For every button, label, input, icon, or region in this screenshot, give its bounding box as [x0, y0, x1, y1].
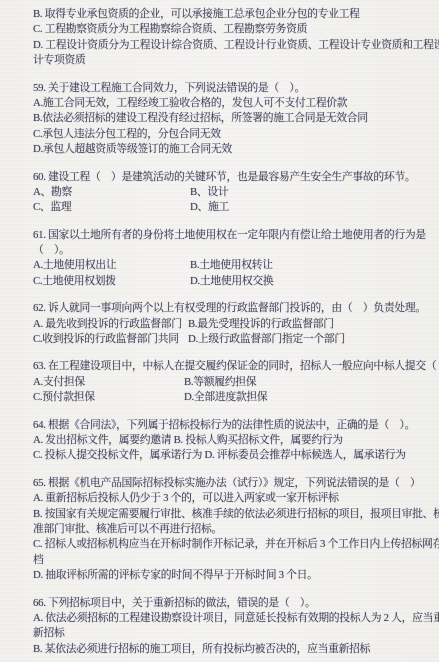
option-row: A.土地使用权出让B.土地使用权转让: [33, 258, 435, 273]
option-row: C.土地使用权划拨D.土地使用权交换: [33, 274, 435, 289]
option-row: A、勘察B、设计: [33, 185, 435, 200]
text-line: B. 按国家有关规定需要履行审批、核准手续的依法必须进行招标的项目，报项目审批、…: [33, 507, 435, 522]
text-line: C. 投标人提交投标文件，属承诺行为 D. 评标委员会推荐中标候选人，属承诺行为: [33, 448, 435, 463]
option-cell: C、监理: [33, 200, 190, 215]
option-cell: A.支付担保: [33, 375, 184, 390]
text-line: B. 某依法必须进行招标的施工项目，所有投标均被否决的，应当重新招标: [33, 642, 435, 657]
text-line: A.施工合同无效，工程经竣工验收合格的，发包人可不支付工程价款: [33, 96, 435, 111]
question-58-options-fragment: B. 取得专业承包资质的企业，可以承接施工总承包企业分包的专业工程C. 工程勘察…: [33, 7, 435, 69]
option-cell: A. 最先收到投诉的行政监督部门: [33, 317, 188, 332]
option-row: C、监理D、施工: [33, 200, 435, 215]
option-cell: B.等额履约担保: [184, 376, 256, 388]
text-line: B. 取得专业承包资质的企业，可以承接施工总承包企业分包的专业工程: [33, 7, 435, 22]
option-cell: C.预付款担保: [33, 390, 184, 405]
option-cell: A、勘察: [33, 185, 190, 200]
text-line: 63. 在工程建设项目中，中标人在提交履约保证金的同时，招标人一般应向中标人提交…: [33, 359, 435, 374]
text-line: C. 招标人或招标机构应当在开标时制作开标记录，并在开标后 3 个工作日内上传招…: [33, 537, 435, 552]
question-59: 59. 关于建设工程施工合同效力，下列说法错误的是（ ）。A.施工合同无效，工程…: [33, 81, 435, 158]
text-line: 准部门审批、核准后可以不再进行招标。: [33, 522, 435, 537]
question-66: 66. 下列招标项目中，关于重新招标的做法，错误的是（ ）。A. 依法必须招标的…: [33, 596, 435, 658]
text-line: C.承包人违法分包工程的，分包合同无效: [33, 127, 435, 142]
option-cell: B.土地使用权转让: [190, 259, 273, 271]
text-line: D.承包人超越资质等级签订的施工合同无效: [33, 142, 435, 157]
text-line: D. 工程设计资质分为工程设计综合资质、工程设计行业资质、工程设计专业资质和工程…: [33, 38, 435, 53]
option-cell: D、施工: [190, 201, 229, 213]
text-line: （ ）。: [33, 243, 435, 258]
option-cell: D.全部进度款担保: [184, 391, 267, 403]
text-line: 66. 下列招标项目中，关于重新招标的做法，错误的是（ ）。: [33, 596, 435, 611]
text-line: D. 抽取评标所需的评标专家的时间不得早于开标时间 3 个日。: [33, 568, 435, 583]
option-cell: C.收到投诉的行政监督部门共同: [33, 332, 188, 347]
option-row: C.收到投诉的行政监督部门共同D.上级行政监督部门指定一个部门: [33, 332, 435, 347]
option-cell: B、设计: [190, 186, 228, 198]
text-line: 62. 诉人就同一事项向两个以上有权受理的行政监督部门投诉的，由（ ）负责处理。: [33, 301, 435, 316]
text-line: 59. 关于建设工程施工合同效力，下列说法错误的是（ ）。: [33, 81, 435, 96]
text-line: 65. 根据《机电产品国际招标投标实施办法（试行）》规定，下列说法错误的是（ ）: [33, 476, 435, 491]
text-line: 61. 国家以土地所有者的身份将土地使用权在一定年限内有偿让给土地使用者的行为是: [33, 228, 435, 243]
text-line: 档: [33, 553, 435, 568]
option-cell: A.土地使用权出让: [33, 258, 190, 273]
text-line: 新招标: [33, 626, 435, 641]
question-63: 63. 在工程建设项目中，中标人在提交履约保证金的同时，招标人一般应向中标人提交…: [33, 359, 435, 405]
text-line: A. 发出招标文件，属要约邀请 B. 投标人购买招标文件，属要约行为: [33, 433, 435, 448]
option-row: A. 最先收到投诉的行政监督部门B.最先受理投诉的行政监督部门: [33, 317, 435, 332]
text-line: 计专项资质: [33, 53, 435, 68]
option-cell: C.土地使用权划拨: [33, 274, 190, 289]
question-61: 61. 国家以土地所有者的身份将土地使用权在一定年限内有偿让给土地使用者的行为是…: [33, 228, 435, 290]
option-cell: B.最先受理投诉的行政监督部门: [188, 318, 334, 330]
text-line: B.依法必须招标的建设工程没有经过招标，所签署的施工合同是无效合同: [33, 111, 435, 126]
question-62: 62. 诉人就同一事项向两个以上有权受理的行政监督部门投诉的，由（ ）负责处理。…: [33, 301, 435, 347]
text-line: A. 依法必须招标的工程建设勘察设计项目，同意延长投标有效期的投标人为 2 人，…: [33, 611, 435, 626]
question-65: 65. 根据《机电产品国际招标投标实施办法（试行）》规定，下列说法错误的是（ ）…: [33, 476, 435, 584]
text-line: A. 重新招标后投标人仍少于 3 个的，可以进入两家或一家开标评标: [33, 491, 435, 506]
text-line: 60. 建设工程（ ）是建筑活动的关键环节，也是最容易产生安全生产事故的环节。: [33, 170, 435, 185]
option-row: A.支付担保B.等额履约担保: [33, 375, 435, 390]
option-cell: D.土地使用权交换: [190, 275, 273, 287]
question-60: 60. 建设工程（ ）是建筑活动的关键环节，也是最容易产生安全生产事故的环节。A…: [33, 170, 435, 216]
option-row: C.预付款担保D.全部进度款担保: [33, 390, 435, 405]
text-line: C. 工程勘察资质分为工程勘察综合资质、工程勘察劳务资质: [33, 22, 435, 37]
option-cell: D.上级行政监督部门指定一个部门: [188, 333, 345, 345]
text-line: 64. 根据《合同法》，下列属于招标投标行为的法律性质的说法中，正确的是（ ）。: [33, 418, 435, 433]
question-64: 64. 根据《合同法》，下列属于招标投标行为的法律性质的说法中，正确的是（ ）。…: [33, 418, 435, 464]
document-page: B. 取得专业承包资质的企业，可以承接施工总承包企业分包的专业工程C. 工程勘察…: [0, 0, 439, 662]
